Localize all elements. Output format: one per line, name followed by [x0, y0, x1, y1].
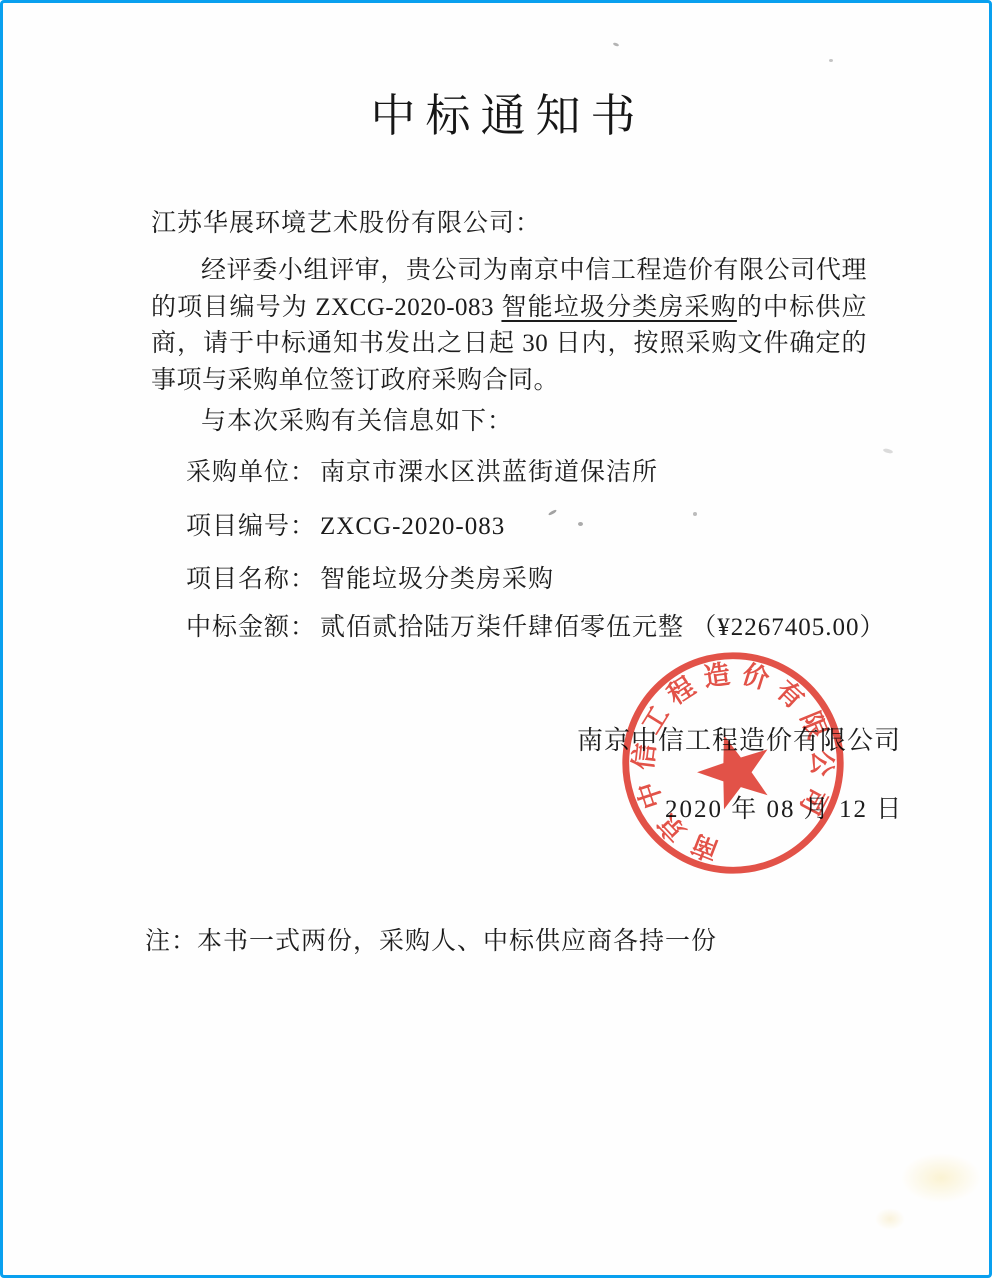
field-project-number: 项目编号：ZXCG-2020-083	[186, 506, 505, 542]
seal-outer-ring	[598, 628, 868, 898]
underlined-project-name: 智能垃圾分类房采购	[501, 294, 736, 321]
field-purchaser-value: 南京市溧水区洪蓝街道保洁所	[320, 459, 658, 486]
company-seal-stamp-icon: 南京中信工程造价有限公司	[586, 616, 881, 911]
field-award-amount-value: 贰佰贰拾陆万柒仟肆佰零伍元整 （¥2267405.00）	[320, 614, 886, 641]
field-project-name: 项目名称：智能垃圾分类房采购	[186, 559, 554, 595]
scan-artifact	[548, 509, 557, 516]
field-project-number-value: ZXCG-2020-083	[320, 513, 505, 540]
signature-company: 南京中信工程造价有限公司	[577, 720, 901, 757]
scan-artifact	[829, 59, 833, 62]
award-notice-document: 中标通知书 江苏华展环境艺术股份有限公司： 经评委小组评审，贵公司为南京中信工程…	[0, 0, 992, 1278]
field-purchaser: 采购单位：南京市溧水区洪蓝街道保洁所	[186, 452, 658, 488]
field-purchaser-label: 采购单位：	[186, 459, 316, 486]
scan-smudge	[901, 1153, 981, 1203]
footer-note: 注：本书一式两份，采购人、中标供应商各持一份	[145, 921, 717, 957]
scan-artifact	[578, 522, 583, 526]
field-project-number-label: 项目编号：	[186, 513, 316, 540]
recipient-line: 江苏华展环境艺术股份有限公司：	[151, 203, 541, 239]
field-award-amount: 中标金额：贰佰贰拾陆万柒仟肆佰零伍元整 （¥2267405.00）	[186, 607, 886, 643]
field-project-name-value: 智能垃圾分类房采购	[320, 566, 554, 593]
scan-artifact	[693, 512, 697, 516]
scan-artifact	[613, 42, 620, 47]
scan-artifact	[883, 448, 894, 454]
signature-date: 2020 年 08 月 12 日	[665, 789, 903, 825]
field-project-name-label: 项目名称：	[186, 566, 316, 593]
document-title: 中标通知书	[15, 79, 992, 144]
scan-smudge	[875, 1208, 905, 1230]
body-paragraph: 经评委小组评审，贵公司为南京中信工程造价有限公司代理的项目编号为 ZXCG-20…	[151, 253, 867, 399]
field-award-amount-label: 中标金额：	[186, 614, 316, 641]
info-intro-line: 与本次采购有关信息如下：	[201, 401, 513, 437]
